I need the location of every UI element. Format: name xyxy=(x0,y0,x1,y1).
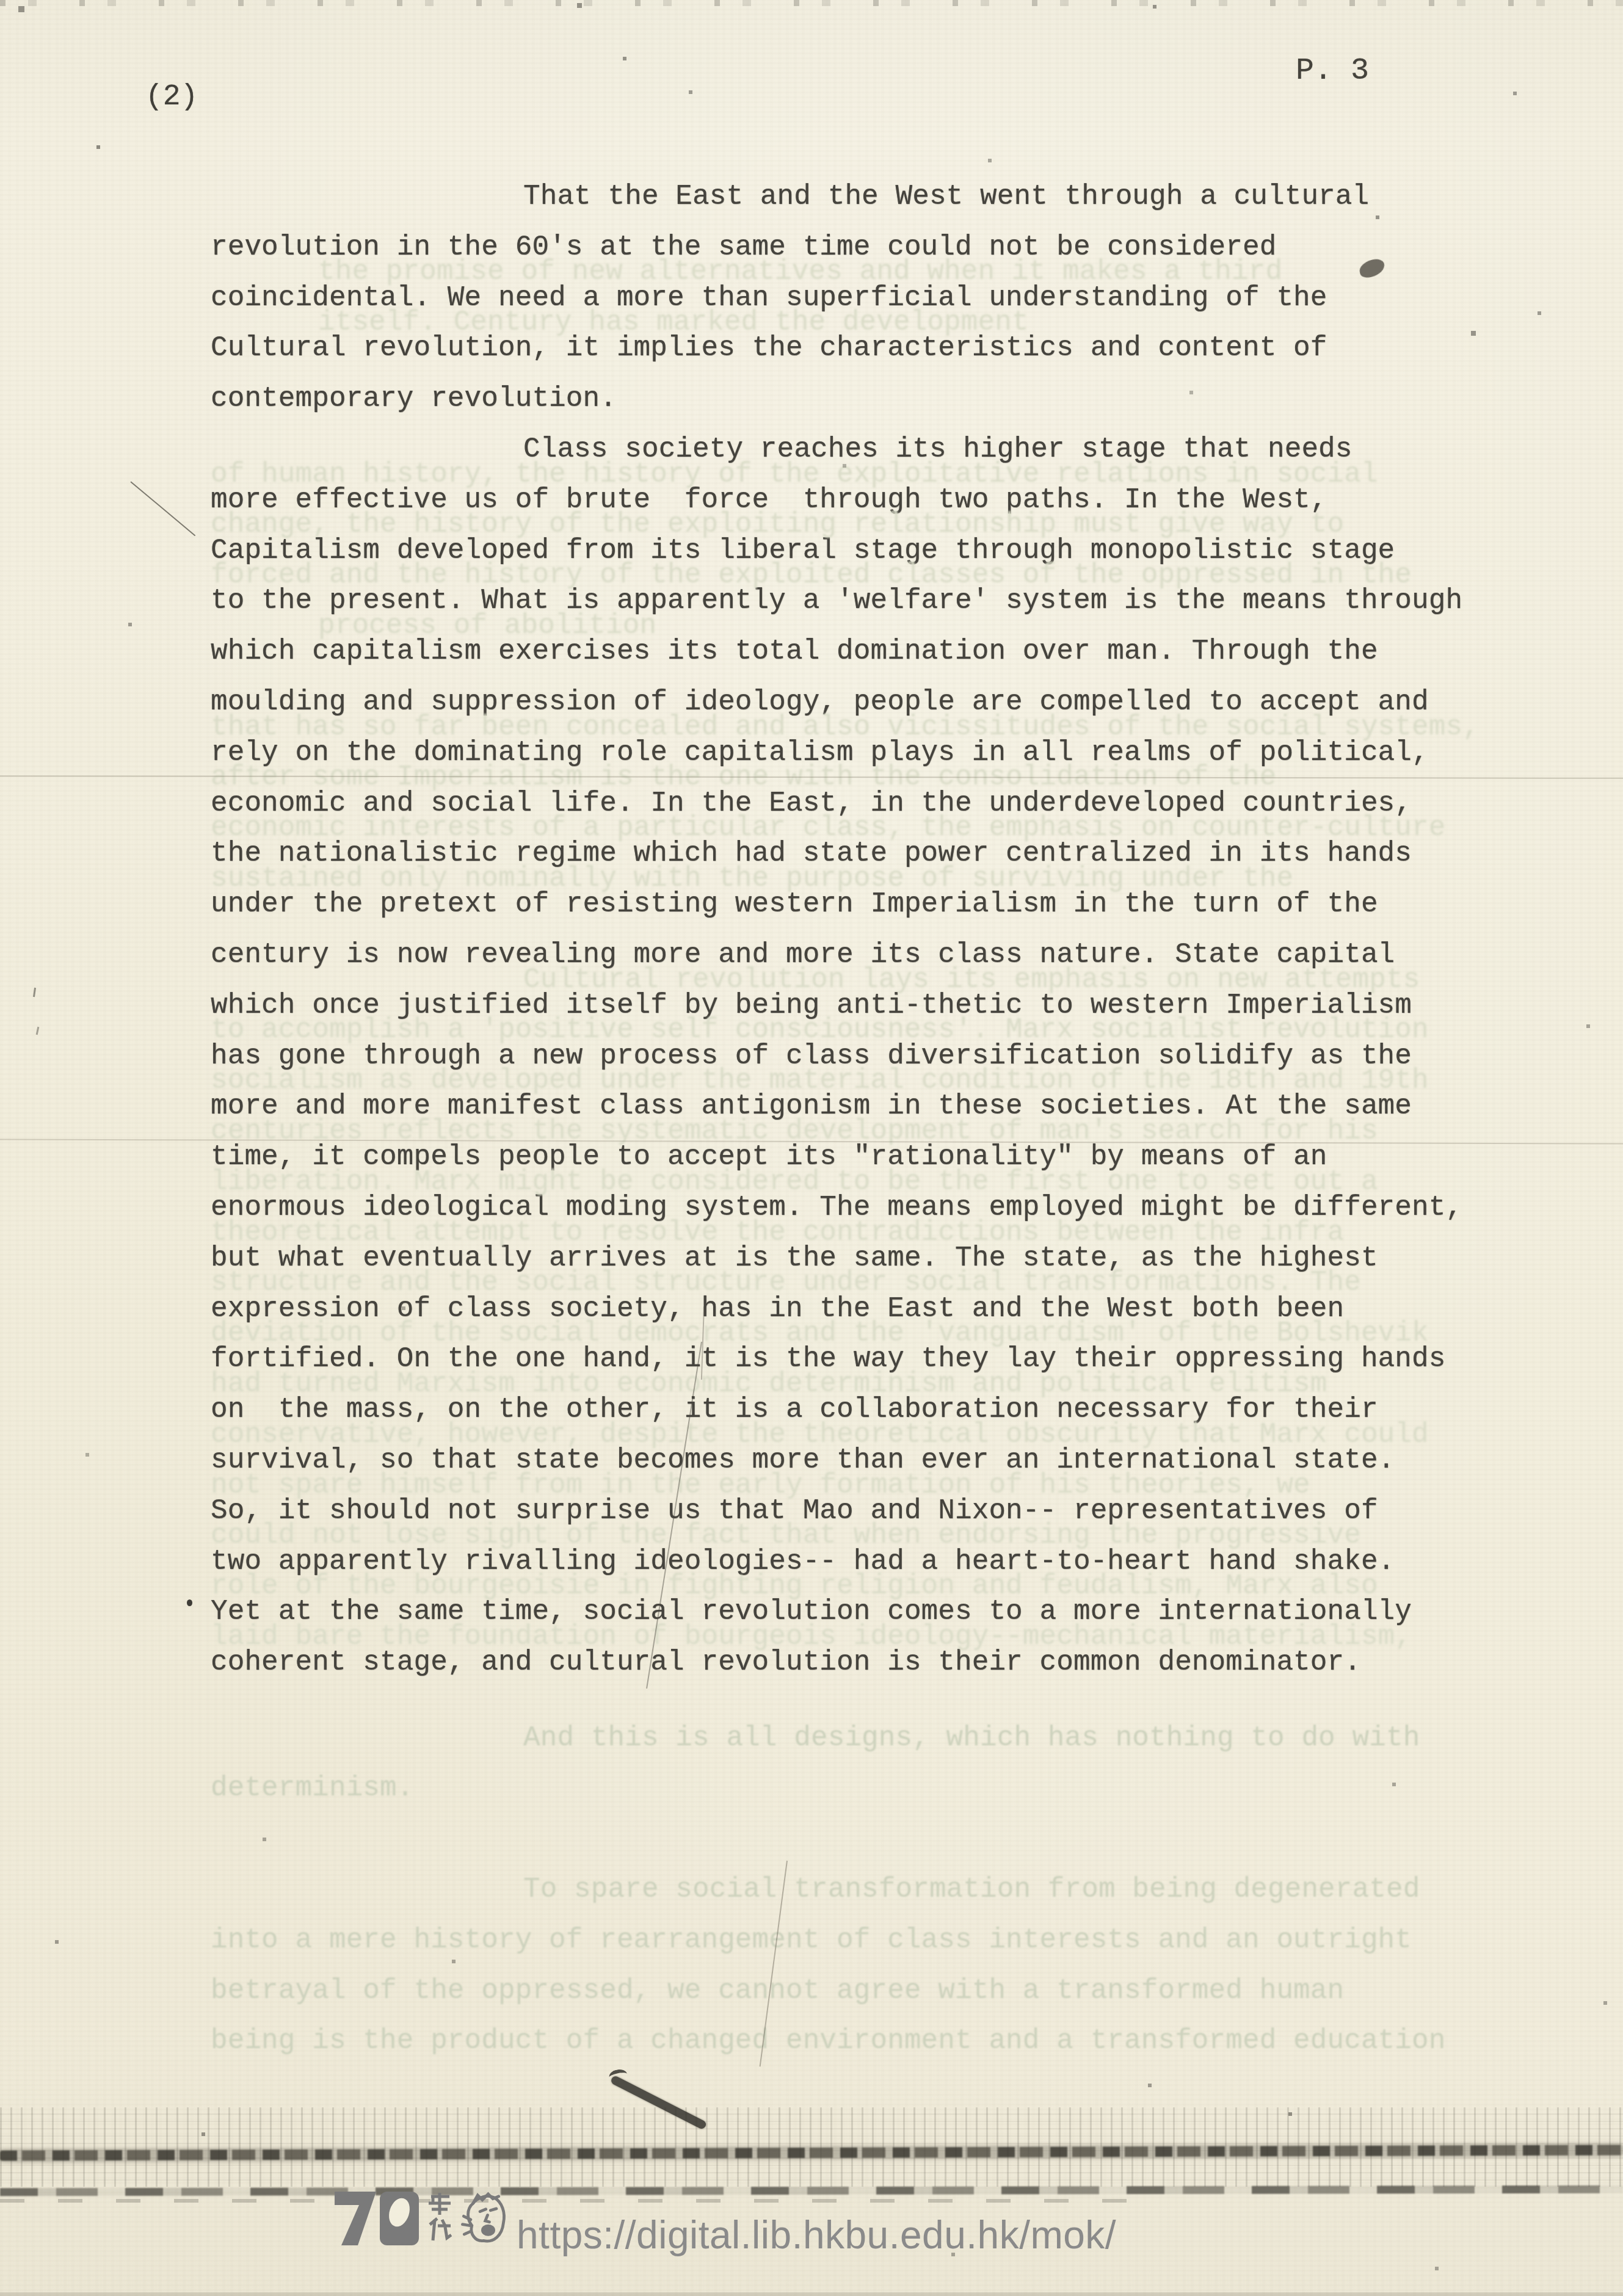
screaming-face-icon xyxy=(456,2189,508,2250)
typed-line: more effective us of brute force through… xyxy=(211,475,1542,526)
bleedthrough-line: determinism. xyxy=(211,1763,413,1814)
typed-line: contemporary revolution. xyxy=(211,374,1542,424)
typed-text-block: That the East and the West went through … xyxy=(211,172,1542,1688)
vertical-crease-line xyxy=(760,1861,788,2066)
typed-line: enormous ideological moding system. The … xyxy=(211,1182,1542,1233)
page-reference: P. 3 xyxy=(1296,54,1369,89)
typed-line: economic and social life. In the East, i… xyxy=(211,778,1542,829)
logo-70-icon xyxy=(333,2189,425,2248)
typed-line: survival, so that state becomes more tha… xyxy=(211,1435,1542,1486)
bleedthrough-line: And this is all designs, which has nothi… xyxy=(523,1713,1420,1764)
typed-line: but what eventually arrives at is the sa… xyxy=(211,1233,1542,1284)
typed-line: has gone through a new process of class … xyxy=(211,1031,1542,1082)
typed-line: under the pretext of resisting western I… xyxy=(211,879,1542,930)
logo-cjk-characters xyxy=(427,2190,452,2243)
typed-line: which capitalism exercises its total dom… xyxy=(211,626,1542,677)
typed-line: coincidental. We need a more than superf… xyxy=(211,273,1542,324)
typed-line: Yet at the same time, social revolution … xyxy=(211,1587,1542,1637)
page-number: (2) xyxy=(145,81,198,114)
typed-line: on the mass, on the other, it is a colla… xyxy=(211,1385,1542,1435)
ink-dot xyxy=(187,1599,192,1606)
page-bottom-edge xyxy=(0,2292,1623,2296)
typed-line: which once justified itself by being ant… xyxy=(211,980,1542,1031)
typed-line: to the present. What is apparently a 'we… xyxy=(211,576,1542,626)
scanner-edge-noise-top xyxy=(0,0,1623,6)
typed-line: So, it should not surprise us that Mao a… xyxy=(211,1486,1542,1537)
seventies-biweekly-logo xyxy=(333,2189,508,2250)
bleedthrough-line: betrayal of the oppressed, we cannot agr… xyxy=(211,1966,1344,2016)
cjk-nian-icon xyxy=(427,2190,452,2216)
typed-line: Cultural revolution, it implies the char… xyxy=(211,323,1542,374)
typed-line: expression of class society, has in the … xyxy=(211,1284,1542,1335)
cjk-dai-icon xyxy=(427,2216,452,2243)
typed-line: Class society reaches its higher stage t… xyxy=(211,424,1542,475)
typed-line: coherent stage, and cultural revolution … xyxy=(211,1637,1542,1688)
scratch-mark xyxy=(130,481,195,536)
typed-line: century is now revealing more and more i… xyxy=(211,930,1542,980)
dust-speckles xyxy=(0,0,1,1)
typed-line: That the East and the West went through … xyxy=(211,172,1542,222)
typed-line: more and more manifest class antigonism … xyxy=(211,1081,1542,1132)
bleedthrough-line: into a mere history of rearrangement of … xyxy=(211,1915,1412,1966)
typed-line: the nationalistic regime which had state… xyxy=(211,828,1542,879)
scanned-document-page: (2) P. 3 That the East and the West went… xyxy=(0,0,1623,2296)
typed-line: fortified. On the one hand, it is the wa… xyxy=(211,1334,1542,1385)
bleedthrough-line: being is the product of a changed enviro… xyxy=(211,2016,1445,2066)
typed-line: revolution in the 60's at the same time … xyxy=(211,222,1542,273)
typed-line: rely on the dominating role capitalism p… xyxy=(211,728,1542,778)
bleedthrough-line: To spare social transformation from bein… xyxy=(523,1864,1420,1915)
typed-line: two apparently rivalling ideologies-- ha… xyxy=(211,1537,1542,1587)
margin-tick-mark xyxy=(33,988,36,997)
watermark-url: https://digital.lib.hkbu.edu.hk/mok/ xyxy=(517,2212,1116,2258)
typed-line: moulding and suppression of ideology, pe… xyxy=(211,677,1542,728)
margin-tick-mark xyxy=(36,1027,40,1035)
typed-line: Capitalism developed from its liberal st… xyxy=(211,526,1542,576)
library-watermark: https://digital.lib.hkbu.edu.hk/mok/ xyxy=(333,2189,1116,2262)
